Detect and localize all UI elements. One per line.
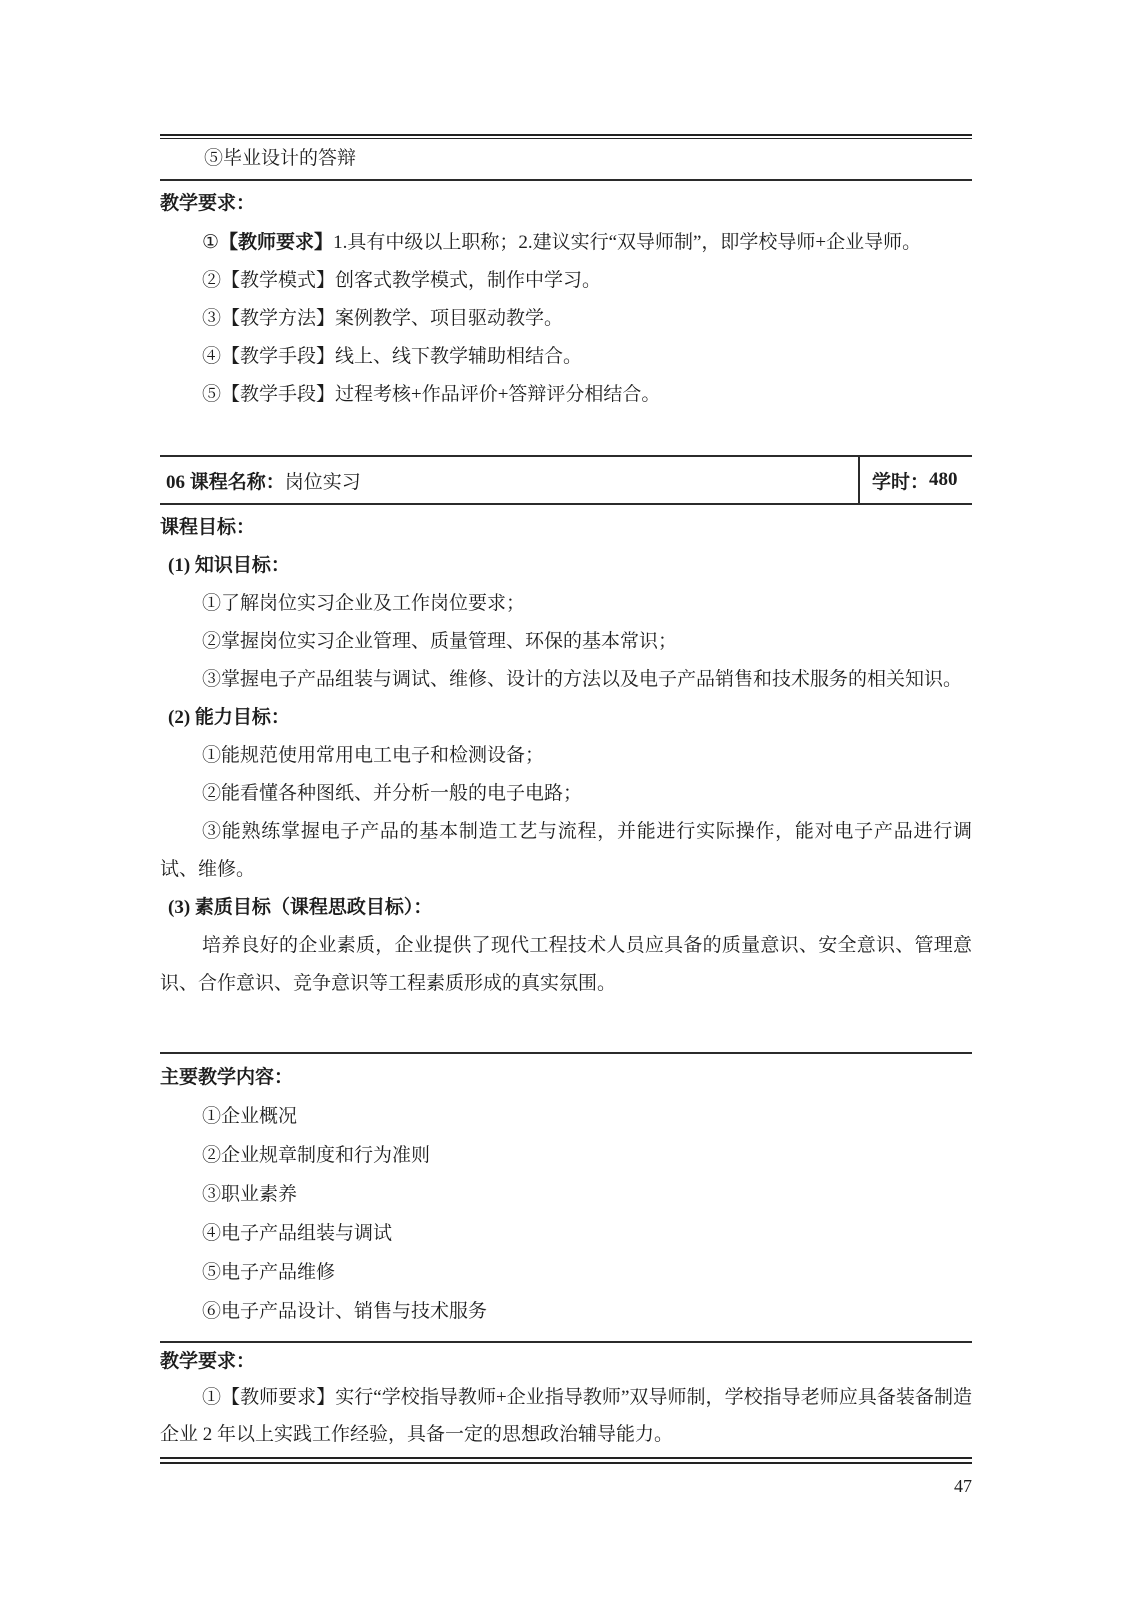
list-item: ③【教学方法】案例教学、项目驱动教学。 [160,300,972,338]
paragraph: 培养良好的企业素质，企业提供了现代工程技术人员应具备的质量意识、安全意识、管理意… [160,927,972,1003]
list-item: ①企业概况 [160,1097,972,1136]
section-heading: 教学要求： [160,184,972,224]
list-item: ①了解岗位实习企业及工作岗位要求； [160,585,972,623]
section-heading: 教学要求： [160,1345,972,1379]
subsection-heading-knowledge: (1) 知识目标： [160,547,972,585]
list-item: ①【教师要求】实行“学校指导教师+企业指导教师”双导师制，学校指导老师应具备装备… [160,1379,972,1453]
list-item: ④电子产品组装与调试 [160,1214,972,1253]
section-teaching-requirements-2: 教学要求： ①【教师要求】实行“学校指导教师+企业指导教师”双导师制，学校指导老… [160,1343,972,1457]
list-item: ①能规范使用常用电工电子和检测设备； [160,737,972,775]
list-item: ⑥电子产品设计、销售与技术服务 [160,1292,972,1331]
list-item: ③职业素养 [160,1175,972,1214]
page-number: 47 [160,1476,972,1497]
subsection-heading-quality: (3) 素质目标（课程思政目标）： [160,889,972,927]
section-heading: 课程目标： [160,509,972,547]
section-previous-content: ⑤毕业设计的答辩 [160,139,972,179]
course-header-row: 06 课程名称： 岗位实习 学时： 480 [160,457,972,503]
list-item: ③能熟练掌握电子产品的基本制造工艺与流程，并能进行实际操作，能对电子产品进行调试… [160,813,972,889]
section-course-goals: 课程目标： (1) 知识目标： ①了解岗位实习企业及工作岗位要求； ②掌握岗位实… [160,505,972,1052]
list-item: ④【教学手段】线上、线下教学辅助相结合。 [160,338,972,376]
section-heading: 主要教学内容： [160,1058,972,1097]
item-text: 1.具有中级以上职称；2.建议实行“双导师制”，即学校导师+企业导师。 [333,232,921,253]
list-item: ③掌握电子产品组装与调试、维修、设计的方法以及电子产品销售和技术服务的相关知识。 [160,661,972,699]
list-item: ⑤【教学手段】过程考核+作品评价+答辩评分相结合。 [160,376,972,414]
syllabus-table: ⑤毕业设计的答辩 教学要求： ①【教师要求】1.具有中级以上职称；2.建议实行“… [160,134,972,1464]
course-hours-value: 480 [929,469,958,491]
list-item: ⑤电子产品维修 [160,1253,972,1292]
course-hours-label: 学时： [872,467,929,494]
course-hours-cell: 学时： 480 [858,457,972,503]
list-item: ⑤毕业设计的答辩 [160,139,972,179]
section-teaching-requirements-1: 教学要求： ①【教师要求】1.具有中级以上职称；2.建议实行“双导师制”，即学校… [160,181,972,455]
list-item: ②【教学模式】创客式教学模式，制作中学习。 [160,262,972,300]
list-item: ②企业规章制度和行为准则 [160,1136,972,1175]
section-main-teaching-content: 主要教学内容： ①企业概况 ②企业规章制度和行为准则 ③职业素养 ④电子产品组装… [160,1054,972,1341]
table-bottom-border [160,1457,972,1464]
document-page: ⑤毕业设计的答辩 教学要求： ①【教师要求】1.具有中级以上职称；2.建议实行“… [0,0,1131,1600]
subsection-heading-ability: (2) 能力目标： [160,699,972,737]
list-item: ②能看懂各种图纸、并分析一般的电子电路； [160,775,972,813]
course-name-cell: 06 课程名称： 岗位实习 [160,457,858,503]
course-name-value: 岗位实习 [285,467,361,494]
item-prefix: ① [202,232,219,253]
item-bracket-label: 【教师要求】 [219,232,333,253]
list-item: ①【教师要求】1.具有中级以上职称；2.建议实行“双导师制”，即学校导师+企业导… [160,224,972,262]
list-item: ②掌握岗位实习企业管理、质量管理、环保的基本常识； [160,623,972,661]
course-name-label: 06 课程名称： [166,467,285,494]
